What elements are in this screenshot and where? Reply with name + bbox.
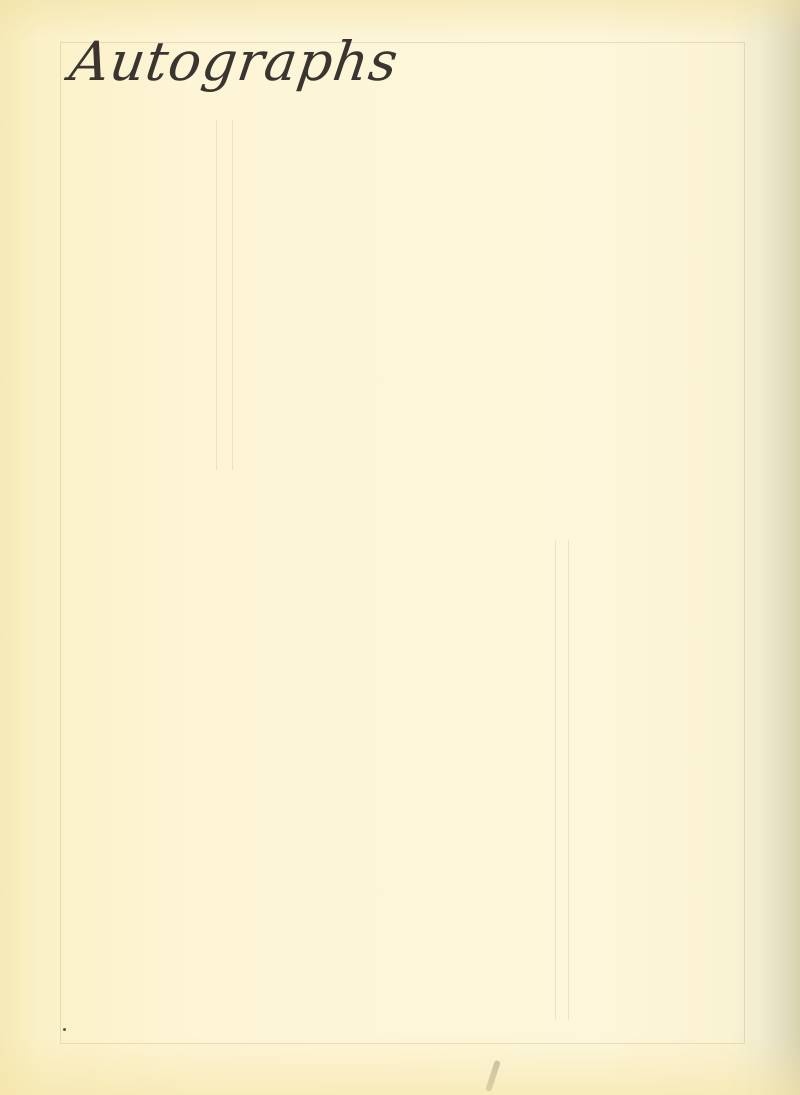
bleed-through-line	[232, 120, 233, 470]
bleed-through-line	[568, 540, 569, 1020]
signature-frame-border	[60, 42, 745, 1044]
bleed-through-line	[216, 120, 217, 470]
ink-speck	[63, 1028, 66, 1031]
page-title: Autographs	[66, 30, 402, 93]
page-bottom-shade	[0, 1035, 800, 1095]
bleed-through-line	[555, 540, 556, 1020]
autographs-page: Autographs	[0, 0, 800, 1095]
